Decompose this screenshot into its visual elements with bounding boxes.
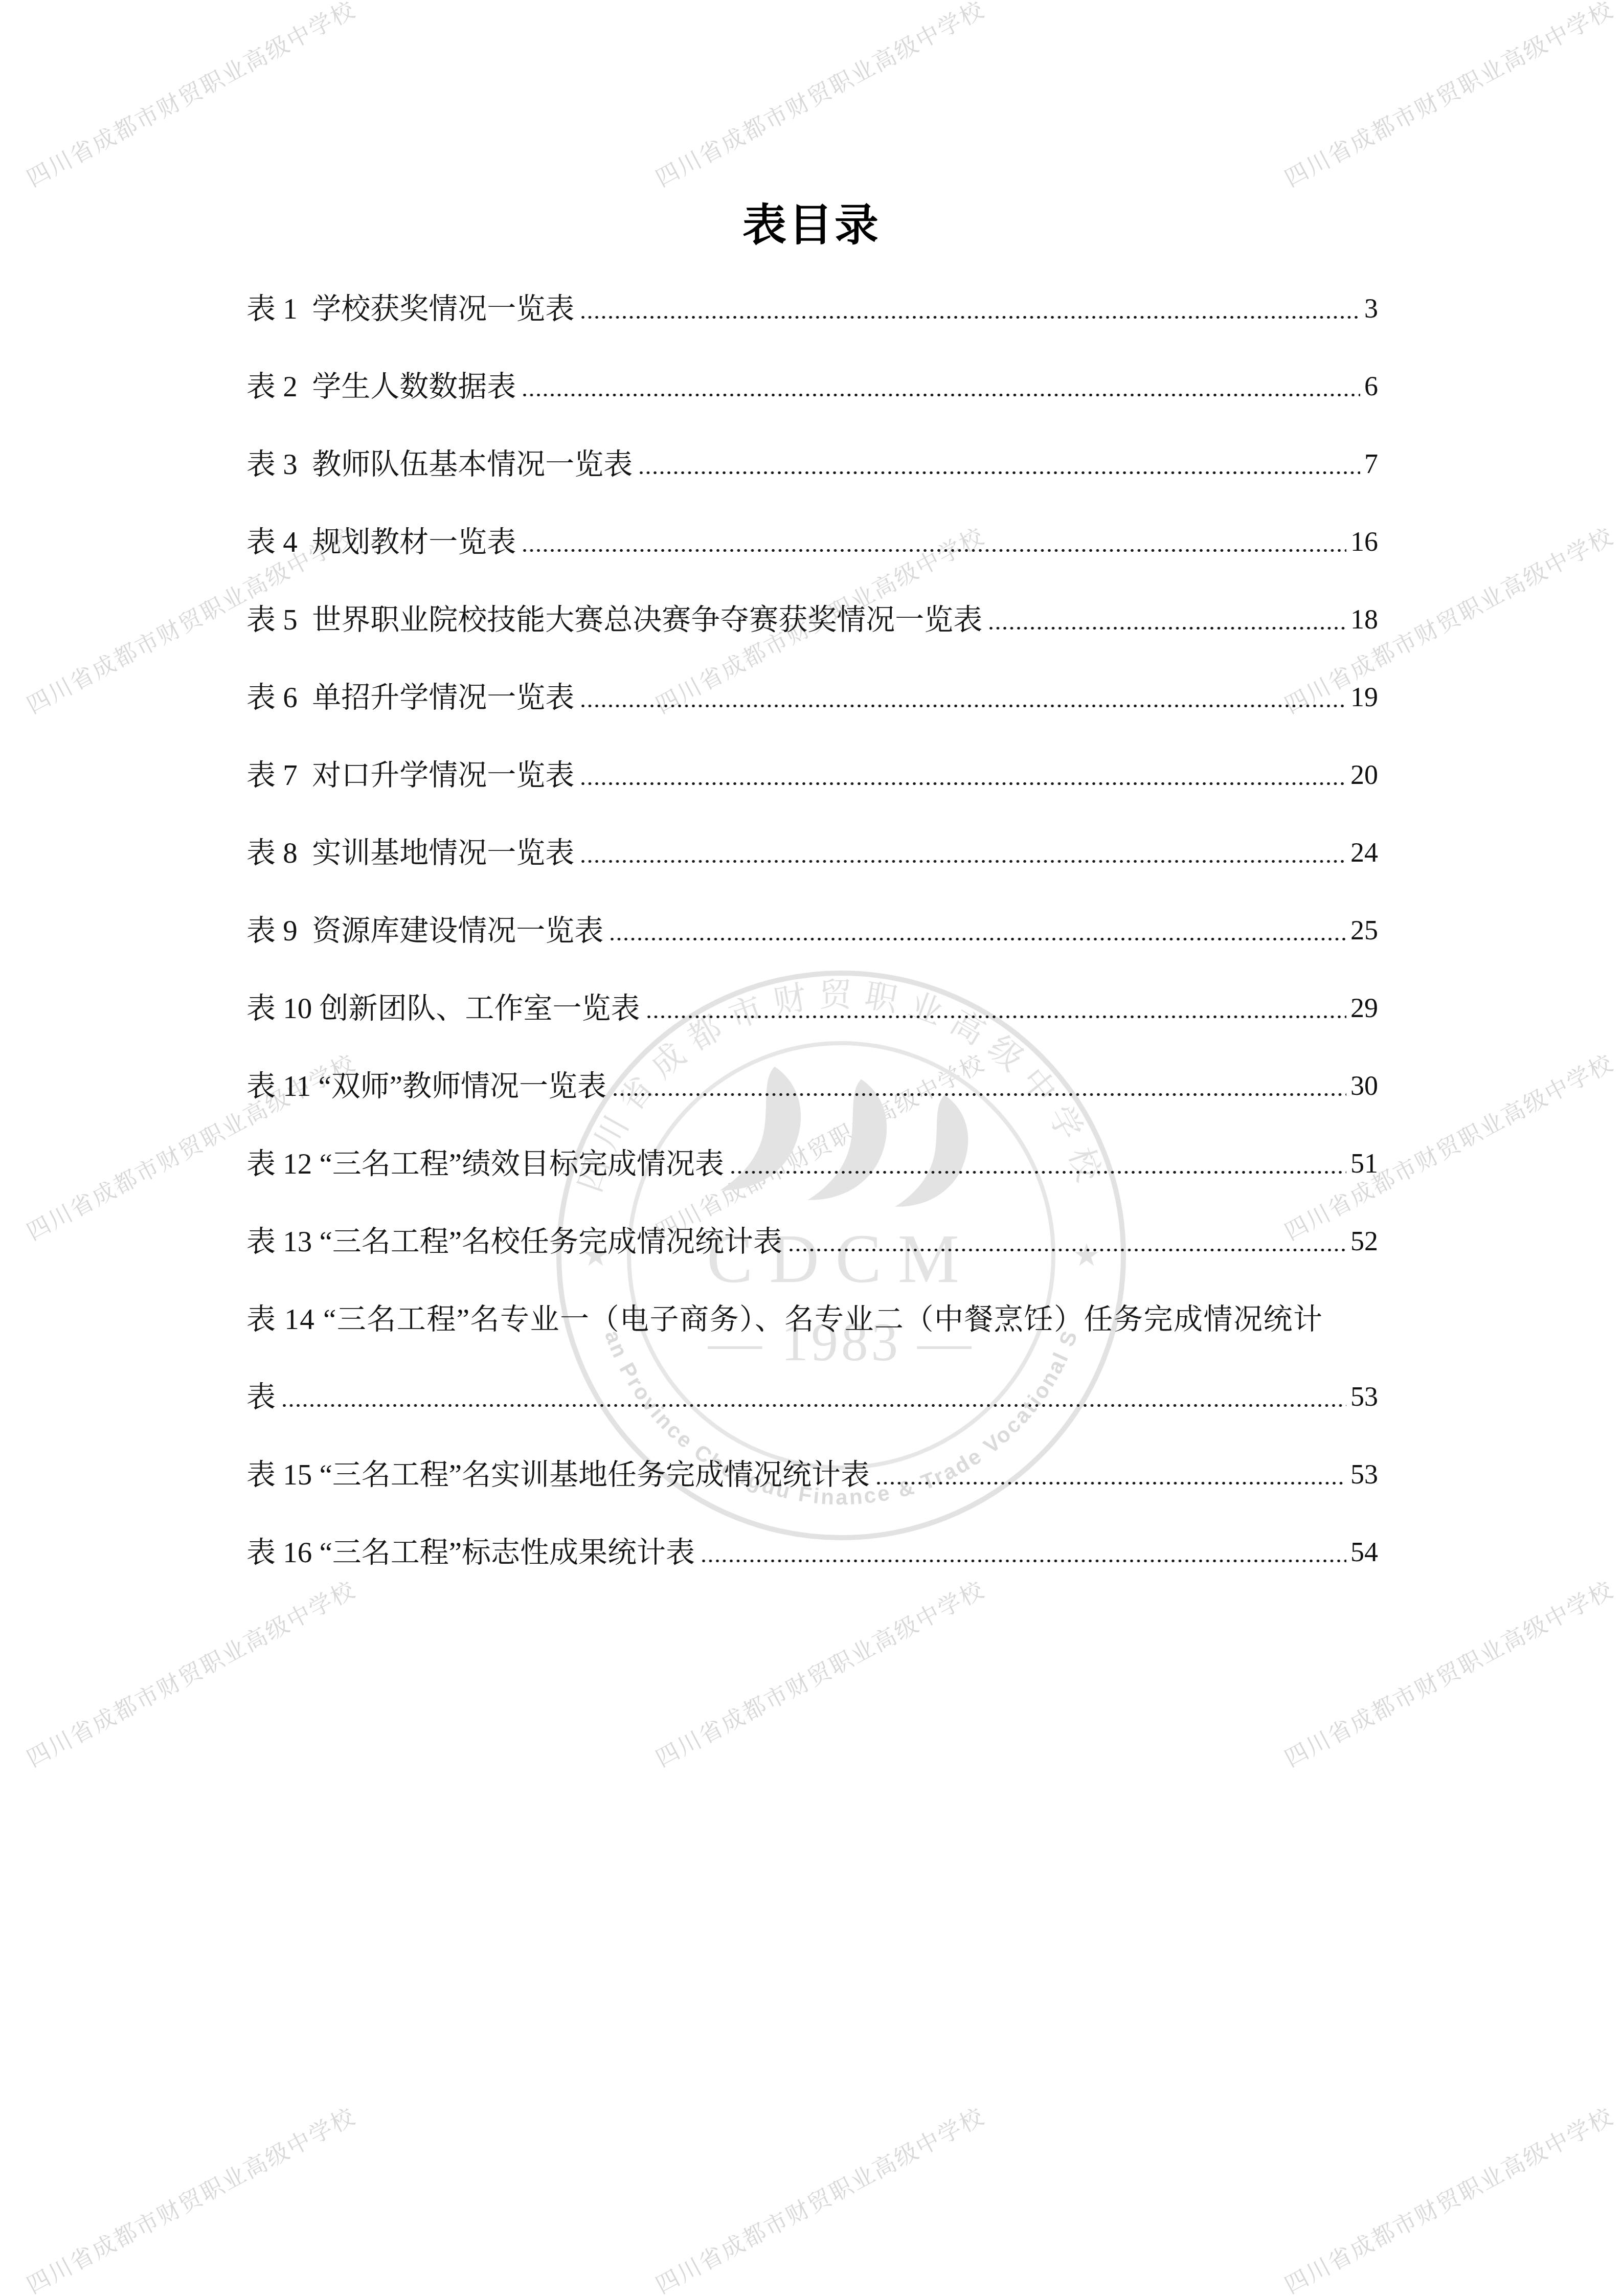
toc-entry[interactable]: 表 13 “三名工程”名校任务完成情况统计表 52 — [246, 1200, 1378, 1278]
toc-page-number: 30 — [1350, 1070, 1378, 1101]
toc-entry[interactable]: 表 7 对口升学情况一览表 20 — [246, 734, 1378, 812]
toc-entry[interactable]: 表 6 单招升学情况一览表 19 — [246, 656, 1378, 734]
toc-entry-label: 表 1 学校获奖情况一览表 — [246, 285, 574, 327]
dot-leader — [581, 316, 1360, 320]
toc-entry[interactable]: 表 1 学校获奖情况一览表 3 — [246, 267, 1378, 345]
dot-leader — [790, 1248, 1346, 1252]
toc-page-number: 7 — [1364, 448, 1378, 480]
toc-entry-label: 表 12 “三名工程”绩效目标完成情况表 — [246, 1140, 724, 1182]
toc-entry-label: 表 9 资源库建设情况一览表 — [246, 907, 603, 949]
toc-entry-label: 表 13 “三名工程”名校任务完成情况统计表 — [246, 1218, 782, 1260]
toc-entry[interactable]: 表 4 规划教材一览表 16 — [246, 501, 1378, 578]
toc-entry-label: 表 2 学生人数数据表 — [246, 363, 516, 405]
toc-entry[interactable]: 表 9 资源库建设情况一览表 25 — [246, 889, 1378, 967]
dot-leader — [581, 704, 1346, 708]
toc-page-number: 53 — [1350, 1381, 1378, 1412]
watermark-text: 四川省成都市财贸职业高级中学校 — [649, 1571, 989, 1773]
toc-entry[interactable]: 表 3 教师队伍基本情况一览表 7 — [246, 423, 1378, 501]
toc-page-number: 51 — [1350, 1147, 1378, 1179]
toc-page-number: 19 — [1350, 681, 1378, 713]
dot-leader — [989, 626, 1346, 631]
dot-leader — [283, 1404, 1346, 1408]
dot-leader — [877, 1481, 1346, 1485]
toc-entry[interactable]: 表 10 创新团队、工作室一览表 29 — [246, 967, 1378, 1045]
toc-page-number: 54 — [1350, 1536, 1378, 1568]
toc-entry-label: 表 4 规划教材一览表 — [246, 519, 516, 560]
toc-entry-label: 表 3 教师队伍基本情况一览表 — [246, 441, 633, 483]
toc-entry[interactable]: 表 16 “三名工程”标志性成果统计表 54 — [246, 1511, 1378, 1589]
toc-entry[interactable]: 表 14 “三名工程”名专业一（电子商务）、名专业二（中餐烹饪）任务完成情况统计 — [246, 1278, 1378, 1356]
toc-page-number: 16 — [1350, 526, 1378, 557]
dot-leader — [523, 549, 1346, 553]
toc-entry-label: 表 16 “三名工程”标志性成果统计表 — [246, 1529, 695, 1571]
page-title: 表目录 — [0, 204, 1623, 247]
watermark-text: 四川省成都市财贸职业高级中学校 — [1278, 0, 1618, 193]
toc-page-number: 25 — [1350, 914, 1378, 946]
toc-page-number: 29 — [1350, 992, 1378, 1024]
toc-entry-label: 表 5 世界职业院校技能大赛总决赛争夺赛获奖情况一览表 — [246, 596, 982, 638]
toc-entry[interactable]: 表 12 “三名工程”绩效目标完成情况表 51 — [246, 1122, 1378, 1200]
table-of-contents: 表 1 学校获奖情况一览表 3 表 2 学生人数数据表 6 表 3 教师队伍基本… — [246, 267, 1378, 1589]
toc-entry[interactable]: 表 15 “三名工程”名实训基地任务完成情况统计表 53 — [246, 1433, 1378, 1511]
toc-entry-label: 表 8 实训基地情况一览表 — [246, 829, 574, 871]
watermark-text: 四川省成都市财贸职业高级中学校 — [649, 0, 989, 193]
dot-leader — [640, 471, 1360, 475]
dot-leader — [614, 1093, 1346, 1097]
watermark-text: 四川省成都市财贸职业高级中学校 — [20, 0, 360, 193]
toc-entry-label: 表 14 “三名工程”名专业一（电子商务）、名专业二（中餐烹饪）任务完成情况统计 — [246, 1296, 1378, 1338]
toc-entry-label: 表 7 对口升学情况一览表 — [246, 752, 574, 794]
dot-leader — [731, 1170, 1346, 1175]
watermark-text: 四川省成都市财贸职业高级中学校 — [20, 2098, 360, 2296]
toc-page-number: 53 — [1350, 1458, 1378, 1490]
toc-page-number: 6 — [1364, 370, 1378, 402]
toc-page-number: 24 — [1350, 837, 1378, 868]
toc-page-number: 52 — [1350, 1225, 1378, 1257]
toc-entry[interactable]: 表 11 “双师”教师情况一览表 30 — [246, 1045, 1378, 1122]
watermark-text: 四川省成都市财贸职业高级中学校 — [1278, 1571, 1618, 1773]
toc-entry[interactable]: 表 5 世界职业院校技能大赛总决赛争夺赛获奖情况一览表 18 — [246, 578, 1378, 656]
watermark-text: 四川省成都市财贸职业高级中学校 — [1278, 2098, 1618, 2296]
dot-leader — [581, 860, 1346, 864]
toc-entry-label: 表 — [246, 1374, 276, 1415]
toc-page-number: 18 — [1350, 603, 1378, 635]
toc-page-number: 20 — [1350, 759, 1378, 791]
dot-leader — [581, 782, 1346, 786]
toc-page-number: 3 — [1364, 292, 1378, 324]
watermark-text: 四川省成都市财贸职业高级中学校 — [20, 1571, 360, 1773]
toc-entry-label: 表 10 创新团队、工作室一览表 — [246, 985, 640, 1027]
toc-entry-label: 表 15 “三名工程”名实训基地任务完成情况统计表 — [246, 1451, 870, 1493]
toc-entry[interactable]: 表 8 实训基地情况一览表 24 — [246, 812, 1378, 889]
dot-leader — [702, 1559, 1346, 1563]
toc-entry-label: 表 11 “双师”教师情况一览表 — [246, 1063, 606, 1105]
toc-entry[interactable]: 表 53 — [246, 1356, 1378, 1433]
watermark-text: 四川省成都市财贸职业高级中学校 — [649, 2098, 989, 2296]
toc-entry[interactable]: 表 2 学生人数数据表 6 — [246, 345, 1378, 423]
document-page: 四川省成都市财贸职业高级中学校四川省成都市财贸职业高级中学校四川省成都市财贸职业… — [0, 0, 1623, 2296]
toc-entry-label: 表 6 单招升学情况一览表 — [246, 674, 574, 716]
dot-leader — [523, 393, 1360, 397]
dot-leader — [611, 937, 1346, 941]
dot-leader — [647, 1015, 1347, 1019]
